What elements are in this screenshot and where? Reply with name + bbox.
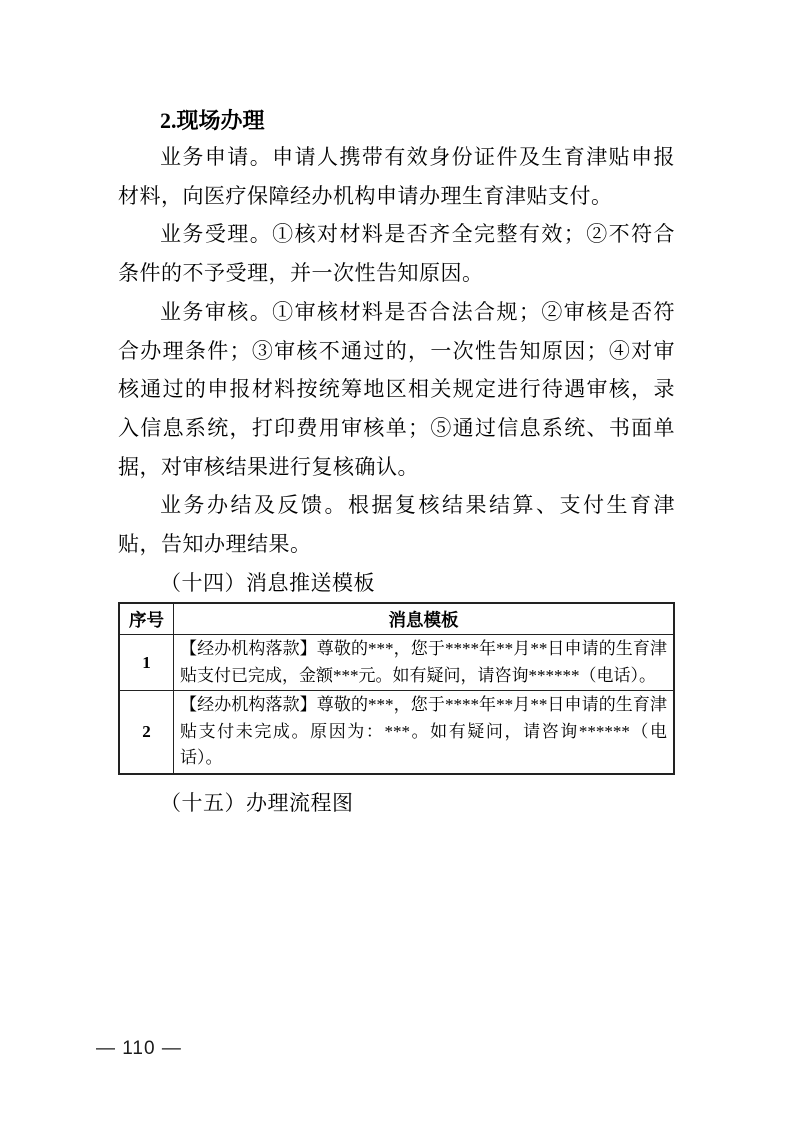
section-heading-process-flowchart: （十五）办理流程图 [118,784,675,823]
paragraph-business-completion-feedback: 业务办结及反馈。根据复核结果结算、支付生育津贴，告知办理结果。 [118,486,675,563]
table-row: 1 【经办机构落款】尊敬的***，您于****年**月**日申请的生育津贴支付已… [119,635,674,691]
section-heading-message-push-template: （十四）消息推送模板 [118,564,675,603]
document-page: 2.现场办理 业务申请。申请人携带有效身份证件及生育津贴申报材料，向医疗保障经办… [0,0,793,1122]
message-template-table: 序号 消息模板 1 【经办机构落款】尊敬的***，您于****年**月**日申请… [118,602,675,775]
paragraph-business-review: 业务审核。①审核材料是否合法合规；②审核是否符合办理条件；③审核不通过的，一次性… [118,293,675,487]
paragraph-business-acceptance: 业务受理。①核对材料是否齐全完整有效；②不符合条件的不予受理，并一次性告知原因。 [118,215,675,292]
section-heading-onsite-processing: 2.现场办理 [118,104,675,138]
page-number: — 110 — [96,1038,182,1060]
row-number: 2 [119,691,174,774]
column-header-message-template: 消息模板 [174,603,675,635]
table-header-row: 序号 消息模板 [119,603,674,635]
message-template-text-completed: 【经办机构落款】尊敬的***，您于****年**月**日申请的生育津贴支付已完成… [174,635,675,691]
message-template-text-not-completed: 【经办机构落款】尊敬的***，您于****年**月**日申请的生育津贴支付未完成… [174,691,675,774]
column-header-sequence-number: 序号 [119,603,174,635]
row-number: 1 [119,635,174,691]
paragraph-business-application: 业务申请。申请人携带有效身份证件及生育津贴申报材料，向医疗保障经办机构申请办理生… [118,138,675,215]
table-row: 2 【经办机构落款】尊敬的***，您于****年**月**日申请的生育津贴支付未… [119,691,674,774]
